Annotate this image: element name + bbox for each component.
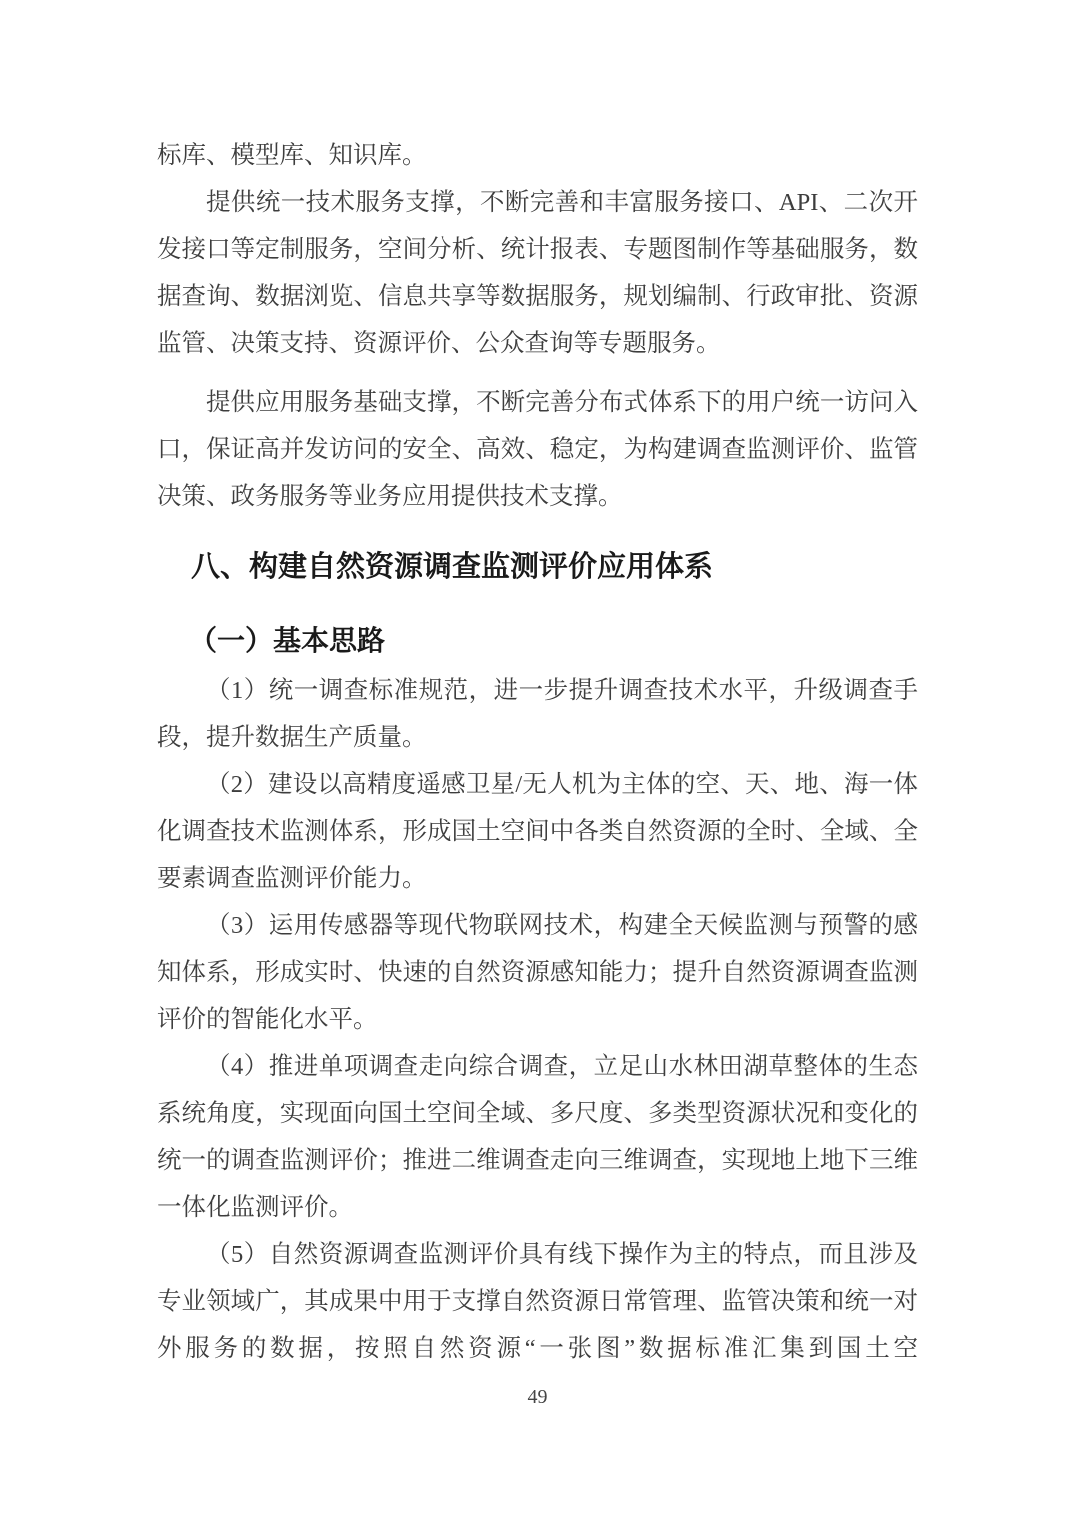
- paragraph: 提供统一技术服务支撑，不断完善和丰富服务接口、API、二次开发接口等定制服务，空…: [157, 179, 918, 367]
- subsection-heading: （一）基本思路: [189, 617, 918, 664]
- paragraph: （1）统一调查标准规范，进一步提升调查技术水平，升级调查手段，提升数据生产质量。: [157, 667, 918, 761]
- page-number: 49: [157, 1385, 918, 1409]
- paragraph: （2）建设以高精度遥感卫星/无人机为主体的空、天、地、海一体化调查技术监测体系，…: [157, 761, 918, 902]
- paragraph: （5）自然资源调查监测评价具有线下操作为主的特点，而且涉及专业领域广，其成果中用…: [157, 1231, 918, 1372]
- paragraph: （4）推进单项调查走向综合调查，立足山水林田湖草整体的生态系统角度，实现面向国土…: [157, 1043, 918, 1231]
- paragraph: （3）运用传感器等现代物联网技术，构建全天候监测与预警的感知体系，形成实时、快速…: [157, 902, 918, 1043]
- paragraph: 提供应用服务基础支撑，不断完善分布式体系下的用户统一访问入口，保证高并发访问的安…: [157, 379, 918, 520]
- paragraph-continuation: 标库、模型库、知识库。: [157, 132, 918, 179]
- document-page: 标库、模型库、知识库。 提供统一技术服务支撑，不断完善和丰富服务接口、API、二…: [0, 0, 1080, 1527]
- section-heading: 八、构建自然资源调查监测评价应用体系: [191, 544, 918, 591]
